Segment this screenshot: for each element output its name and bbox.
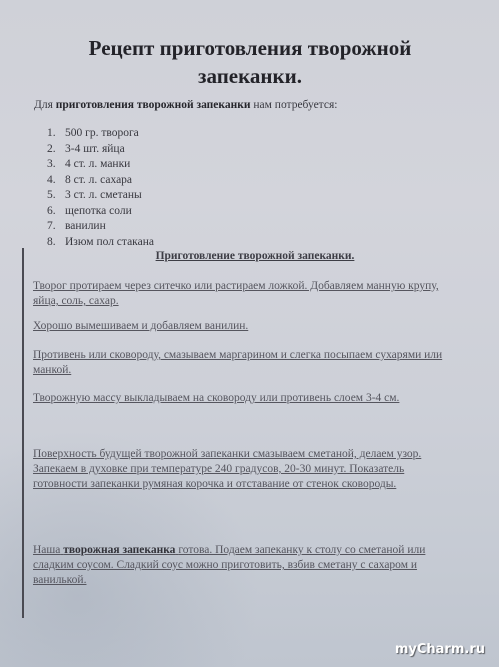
ingredient-item: 8.Изюм пол стакана: [47, 235, 154, 251]
intro-bold: приготовления творожной запеканки: [56, 99, 251, 111]
recipe-sheet: Рецепт приготовления творожной запеканки…: [0, 0, 499, 667]
watermark: myCharm.ru: [395, 642, 485, 657]
ingredient-item: 2.3-4 шт. яйца: [47, 142, 154, 158]
intro-suffix: нам потребуется:: [253, 99, 337, 111]
ingredient-item: 3.4 ст. л. манки: [47, 157, 154, 173]
margin-rule: [22, 248, 24, 618]
step-paragraph: Противень или сковороду, смазываем марга…: [33, 348, 463, 378]
step-paragraph: Творог протираем через ситечко или расти…: [33, 279, 463, 309]
step-paragraph: Хорошо вымешиваем и добавляем ванилин.: [33, 319, 463, 334]
document-title: Рецепт приготовления творожной запеканки…: [40, 34, 460, 90]
ingredient-item: 6.щепотка соли: [47, 204, 154, 220]
ingredient-item: 1.500 гр. творога: [47, 126, 154, 142]
step-paragraph: Поверхность будущей творожной запеканки …: [33, 447, 453, 492]
ingredients-list: 1.500 гр. творога 2.3-4 шт. яйца 3.4 ст.…: [47, 126, 154, 250]
final-prefix: Наша: [33, 544, 60, 556]
final-bold: творожная запеканка: [63, 544, 175, 556]
ingredient-item: 7.ванилин: [47, 219, 154, 235]
ingredient-item: 5.3 ст. л. сметаны: [47, 188, 154, 204]
intro-line: Для приготовления творожной запеканки на…: [34, 99, 337, 111]
final-paragraph: Наша творожная запеканка готова. Подаем …: [33, 543, 453, 588]
intro-prefix: Для: [34, 99, 53, 111]
step-paragraph: Творожную массу выкладываем на сковороду…: [33, 391, 463, 406]
ingredient-item: 4.8 ст. л. сахара: [47, 173, 154, 189]
steps-heading: Приготовление творожной запеканки.: [100, 250, 410, 262]
